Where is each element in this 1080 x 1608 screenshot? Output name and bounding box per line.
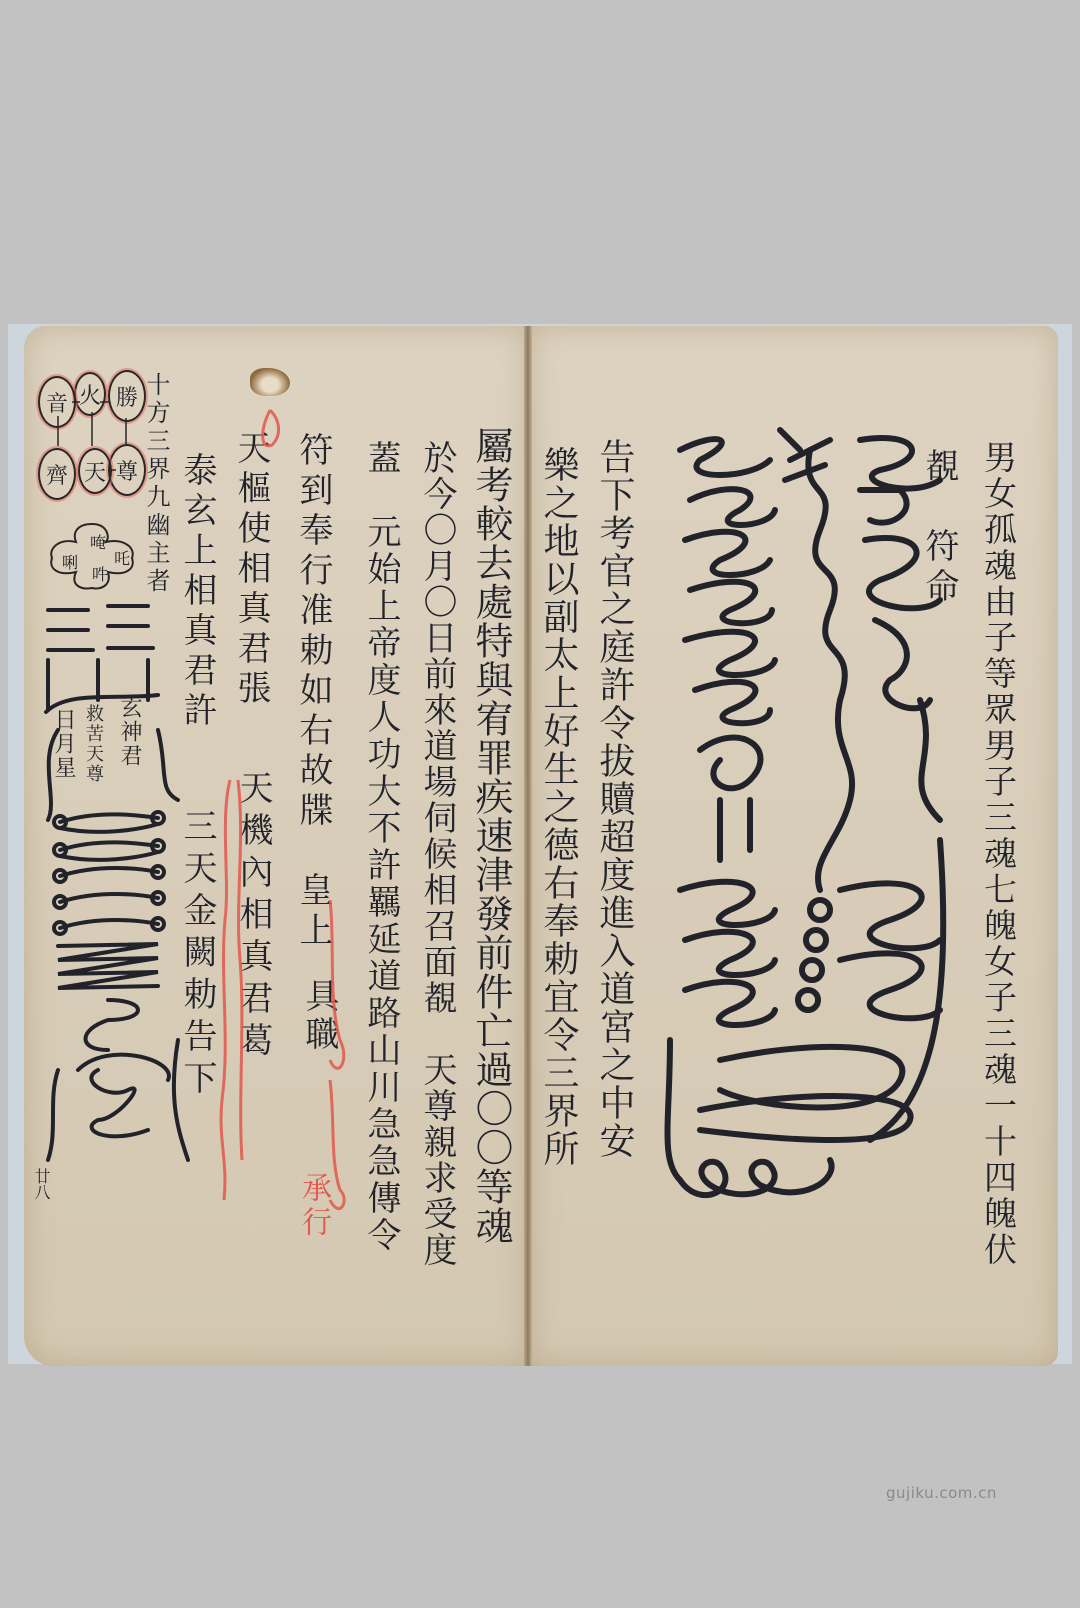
talisman-right-icon xyxy=(660,420,960,1200)
text-column-l7: 十方三界九幽主者 xyxy=(144,372,168,596)
text-column-r3: 告下考官之庭許令拔贖超度進入道宮之中安 xyxy=(596,438,632,1160)
text-column-r1: 男女孤魂由子等眾男子三魂七魄女子三魂一十四魄伏 xyxy=(982,440,1015,1268)
text-column-r4: 樂之地以副太上好生之德右奉勅宜令三界所 xyxy=(540,446,576,1168)
book-spine xyxy=(524,326,532,1366)
quatrefoil-seal: 唵 吒 吽 唎 xyxy=(44,520,140,590)
talisman-label-left: 日月星 xyxy=(52,708,74,780)
talisman-label-mid: 救苦天尊 xyxy=(84,704,102,784)
text-column-l2: 於今〇月〇日前來道場伺候相召面覩 天尊親求受度 xyxy=(420,440,454,1268)
text-column-l3: 蓋 元始上帝度人功大不許羈延道路山川急急傳令 xyxy=(364,440,398,1254)
watermark: gujiku.com.cn xyxy=(886,1484,997,1502)
paper-hole xyxy=(250,368,290,396)
talisman-left-icon xyxy=(38,600,188,1160)
text-column-l1: 屬考較去處特與宥罪疾速津發前件亡過〇〇等魂 xyxy=(472,426,510,1245)
seal-connectors-icon xyxy=(50,394,140,464)
vermilion-marks-icon xyxy=(200,400,360,1280)
page-number: 廿八 xyxy=(30,1168,53,1200)
talisman-label-right: 玄神君 xyxy=(118,696,140,768)
